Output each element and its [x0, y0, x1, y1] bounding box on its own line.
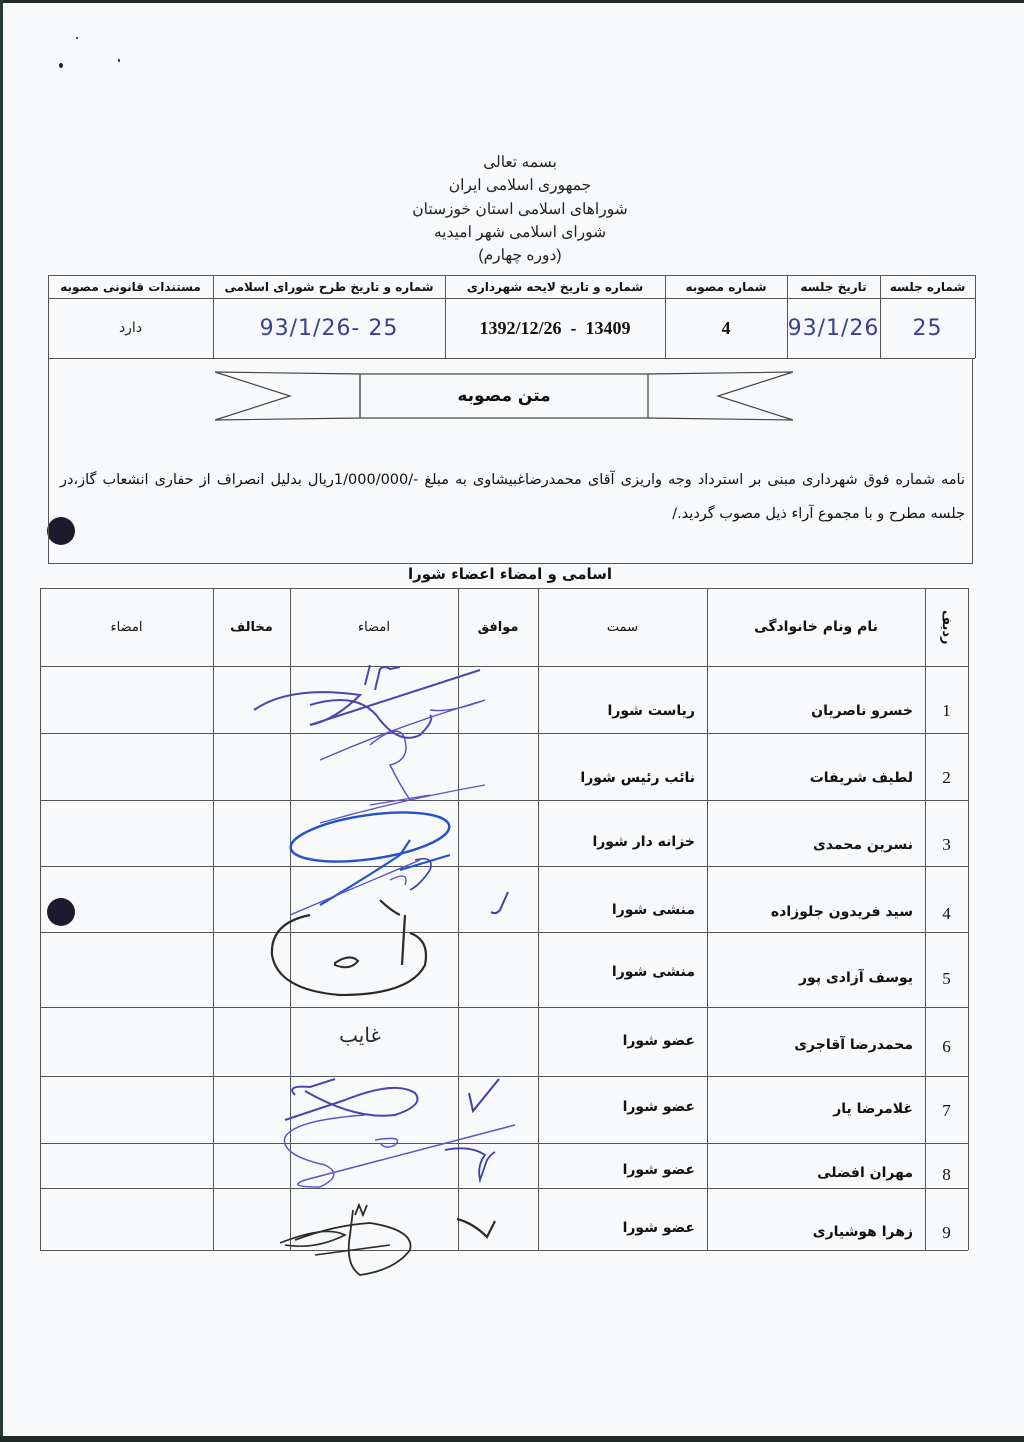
- check-mark-icon: [488, 888, 518, 918]
- absent-note: غایب: [300, 1015, 420, 1055]
- council-plan-value: 93/1/26- 25: [213, 298, 445, 358]
- row-index: 9: [925, 1203, 968, 1263]
- row-index: 2: [925, 744, 968, 811]
- member-role: خزانه دار شورا: [538, 808, 707, 875]
- row-index: 4: [925, 880, 968, 947]
- row-index: 3: [925, 811, 968, 878]
- banner-title: متن مصوبه: [360, 374, 648, 418]
- header-index: ردیف: [925, 588, 968, 666]
- header-council-plan: شماره و تاریخ طرح شورای اسلامی: [213, 275, 445, 298]
- row-index: 6: [925, 1013, 968, 1080]
- member-name: محمدرضا آقاجری: [707, 1011, 925, 1078]
- session-date-value: 93/1/26: [787, 298, 880, 358]
- legal-documents-value: دارد: [48, 298, 213, 358]
- resolution-number-value: 4: [665, 298, 787, 358]
- member-role: ریاست شورا: [538, 677, 707, 744]
- scan-edge-left: [0, 0, 3, 1442]
- member-name: غلامرضا یار: [707, 1075, 925, 1142]
- header-session-number: شماره جلسه: [880, 275, 975, 298]
- scan-speck: [118, 59, 120, 62]
- scan-speck: [76, 37, 78, 39]
- header-session-date: تاریخ جلسه: [787, 275, 880, 298]
- heading-term: (دوره چهارم): [380, 245, 660, 267]
- row-index: 8: [925, 1141, 968, 1208]
- header-name: نام ونام خانوادگی: [707, 588, 925, 666]
- heading-province-councils: شوراهای اسلامی استان خوزستان: [380, 199, 660, 221]
- member-name: مهران افضلی: [707, 1139, 925, 1206]
- scan-edge-bottom: [0, 1436, 1024, 1442]
- member-name: زهرا هوشیاری: [707, 1202, 925, 1262]
- member-role: عضو شورا: [538, 1007, 707, 1074]
- row-index: 5: [925, 945, 968, 1012]
- member-name: یوسف آزادی پور: [707, 944, 925, 1011]
- header-agree: موافق: [458, 588, 538, 666]
- header-oppose: مخالف: [213, 588, 290, 666]
- row-index: 1: [925, 677, 968, 744]
- member-name: سید فریدون جلوزاده: [707, 878, 925, 945]
- heading-country: جمهوری اسلامی ایران: [380, 175, 660, 197]
- member-role: عضو شورا: [538, 1073, 707, 1140]
- members-title: اسامی و امضاء اعضاء شورا: [380, 565, 640, 583]
- member-role: عضو شورا: [538, 1198, 707, 1258]
- scan-edge-top: [0, 0, 1024, 3]
- scan-speck: [59, 63, 63, 68]
- member-role: نائب رئیس شورا: [538, 744, 707, 811]
- header-legal-documents: مستندات قانونی مصوبه: [48, 275, 213, 298]
- header-municipal-bill: شماره و تاریخ لایحه شهرداری: [445, 275, 665, 298]
- resolution-text: نامه شماره فوق شهرداری مبنی بر استرداد و…: [60, 463, 965, 531]
- session-number-value: 25: [880, 298, 975, 358]
- member-name: نسرین محمدی: [707, 811, 925, 878]
- member-role: عضو شورا: [538, 1136, 707, 1203]
- member-role: منشی شورا: [538, 876, 707, 943]
- member-signatures-graphic-lower: [275, 1075, 515, 1275]
- row-index: 7: [925, 1077, 968, 1144]
- header-agree-signature: امضاء: [290, 588, 458, 666]
- member-name: لطیف شریفات: [707, 744, 925, 811]
- member-name: خسرو ناصریان: [707, 677, 925, 744]
- header-oppose-signature: امضاء: [40, 588, 213, 666]
- member-signatures-graphic: [250, 665, 490, 1025]
- municipal-bill-value: 1392/12/26 - 13409: [445, 298, 665, 358]
- heading-basmala: بسمه تعالی: [380, 152, 660, 174]
- header-role: سمت: [538, 588, 707, 666]
- heading-city-council: شورای اسلامی شهر امیدیه: [380, 222, 660, 244]
- member-role: منشی شورا: [538, 938, 707, 1005]
- punch-hole: [47, 898, 75, 926]
- header-resolution-number: شماره مصوبه: [665, 275, 787, 298]
